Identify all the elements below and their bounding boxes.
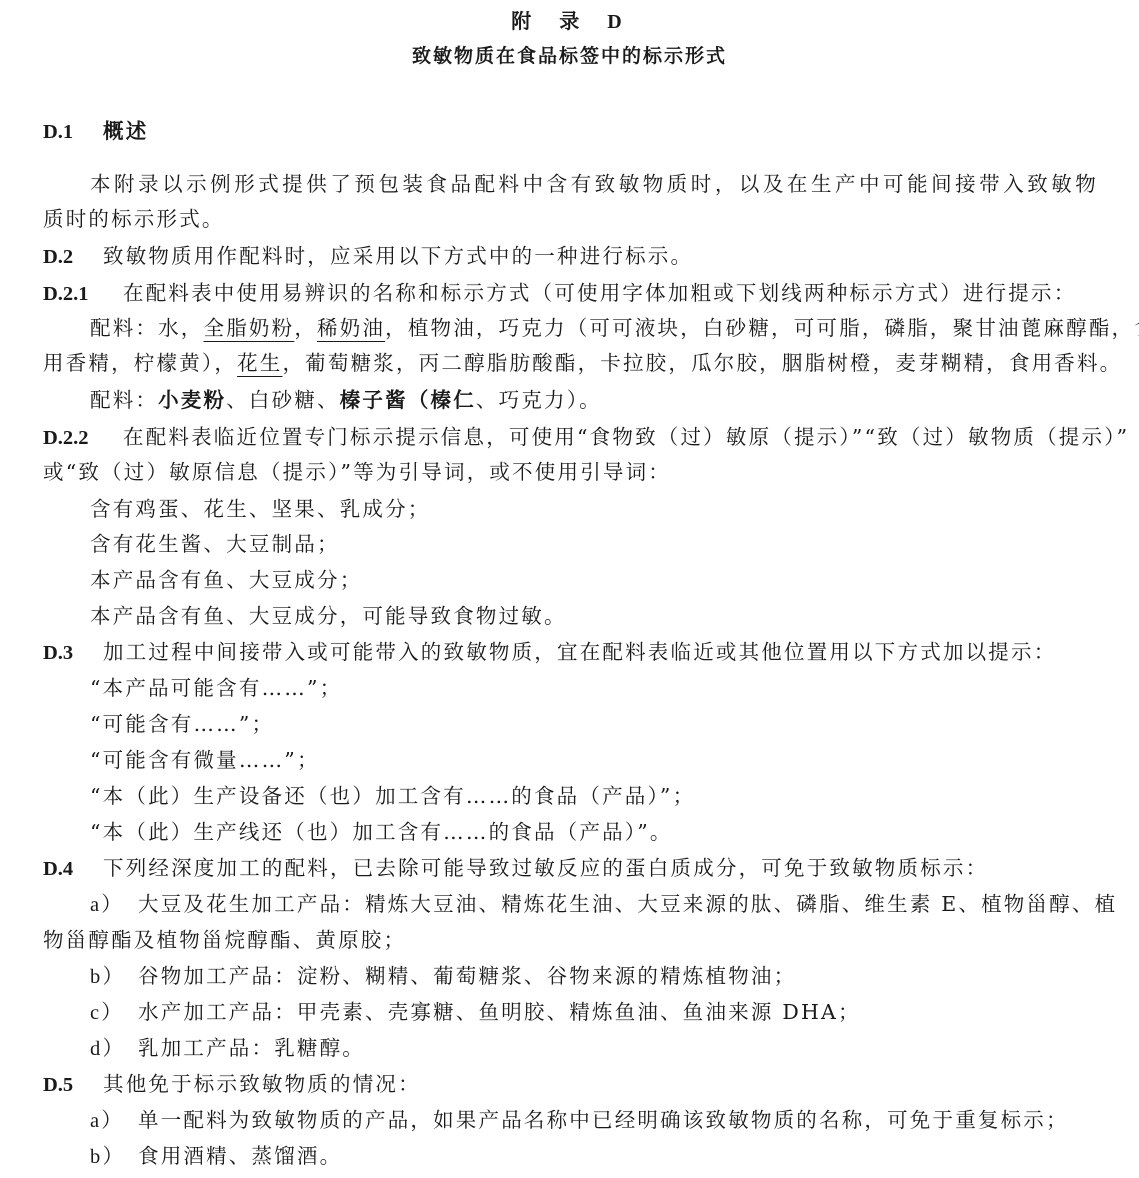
section-text: 加工过程中间接带入或可能带入的致敏物质，宜在配料表临近或其他位置用以下方式加以提… <box>103 640 1056 664</box>
text: 配料：水， <box>90 316 204 340</box>
list-label: c） <box>90 998 138 1028</box>
section-d5: D.5其他免于标示致敏物质的情况： <box>43 1069 421 1099</box>
section-number: D.2.1 <box>43 279 123 309</box>
appendix-letter: D <box>607 11 627 33</box>
d22-example: 本产品含有鱼、大豆成分； <box>90 565 362 595</box>
section-text: 下列经深度加工的配料，已去除可能导致过敏反应的蛋白质成分，可免于致敏物质标示： <box>103 856 988 880</box>
list-text: 单一配料为致敏物质的产品，如果产品名称中已经明确该致敏物质的名称，可免于重复标示… <box>138 1108 1069 1132</box>
appendix-heading: 附录D <box>0 6 1139 36</box>
d5-item-a: a）单一配料为致敏物质的产品，如果产品名称中已经明确该致敏物质的名称，可免于重复… <box>90 1105 1069 1135</box>
d4-item-a-line2: 物甾醇酯及植物甾烷醇酯、黄原胶； <box>43 925 406 955</box>
list-text: 水产加工产品：甲壳素、壳寡糖、鱼明胶、精炼鱼油、鱼油来源 DHA； <box>138 1000 861 1024</box>
appendix-label-2: 录 <box>559 9 585 33</box>
text: 用香精，柠檬黄）， <box>43 351 237 375</box>
section-number: D.1 <box>43 117 103 147</box>
bold-allergen: 榛子酱（榛仁 <box>340 388 476 412</box>
d22-example: 本产品含有鱼、大豆成分，可能导致食物过敏。 <box>90 601 567 631</box>
list-text: 食用酒精、蒸馏酒。 <box>138 1144 342 1168</box>
text: ， <box>294 316 317 340</box>
d4-item-d: d）乳加工产品：乳糖醇。 <box>90 1033 365 1063</box>
section-text: 其他免于标示致敏物质的情况： <box>103 1072 421 1096</box>
d3-example: “可能含有……”； <box>90 709 274 739</box>
section-number: D.2.2 <box>43 423 123 453</box>
d22-example: 含有花生酱、大豆制品； <box>90 529 340 559</box>
underlined-allergen: 稀奶油 <box>317 316 385 340</box>
section-title: 概述 <box>103 119 148 143</box>
text: ，葡萄糖浆，丙二醇脂肪酸酯，卡拉胶，瓜尔胶，胭脂树橙，麦芽糊精，食用香料。 <box>282 351 1122 375</box>
d4-item-c: c）水产加工产品：甲壳素、壳寡糖、鱼明胶、精炼鱼油、鱼油来源 DHA； <box>90 997 861 1027</box>
bold-allergen: 小麦粉 <box>158 388 226 412</box>
d5-item-b: b）食用酒精、蒸馏酒。 <box>90 1141 342 1171</box>
section-text: 在配料表中使用易辨识的名称和标示方式（可使用字体加粗或下划线两种标示方式）进行提… <box>123 281 1076 305</box>
list-text: 乳加工产品：乳糖醇。 <box>138 1036 365 1060</box>
list-text: 大豆及花生加工产品：精炼大豆油、精炼花生油、大豆来源的肽、磷脂、维生素 E、植物… <box>138 892 1117 916</box>
d3-example: “可能含有微量……”； <box>90 745 320 775</box>
section-d1-heading: D.1概述 <box>43 116 148 146</box>
d3-example: “本产品可能含有……”； <box>90 673 342 703</box>
section-number: D.5 <box>43 1070 103 1100</box>
section-number: D.4 <box>43 854 103 884</box>
list-label: d） <box>90 1034 138 1064</box>
section-d4: D.4下列经深度加工的配料，已去除可能导致过敏反应的蛋白质成分，可免于致敏物质标… <box>43 853 988 883</box>
text: 、巧克力）。 <box>476 388 602 412</box>
d21-example2: 配料：小麦粉、白砂糖、榛子酱（榛仁、巧克力）。 <box>90 385 602 415</box>
appendix-title: 致敏物质在食品标签中的标示形式 <box>0 41 1139 71</box>
section-d22: D.2.2在配料表临近位置专门标示提示信息，可使用“食物致（过）敏原（提示）”“… <box>43 422 1129 452</box>
list-label: a） <box>90 890 138 920</box>
section-text: 致敏物质用作配料时，应采用以下方式中的一种进行标示。 <box>103 244 693 268</box>
list-text: 谷物加工产品：淀粉、糊精、葡萄糖浆、谷物来源的精炼植物油； <box>138 964 796 988</box>
d22-example: 含有鸡蛋、花生、坚果、乳成分； <box>90 494 431 524</box>
d22-line2: 或“致（过）敏原信息（提示）”等为引导词，或不使用引导词： <box>43 457 671 487</box>
d21-example1-line1: 配料：水，全脂奶粉，稀奶油，植物油，巧克力（可可液块，白砂糖，可可脂，磷脂，聚甘… <box>90 313 1139 343</box>
d4-item-a: a）大豆及花生加工产品：精炼大豆油、精炼花生油、大豆来源的肽、磷脂、维生素 E、… <box>90 889 1117 919</box>
section-number: D.2 <box>43 242 103 272</box>
section-d21: D.2.1在配料表中使用易辨识的名称和标示方式（可使用字体加粗或下划线两种标示方… <box>43 278 1076 308</box>
d4-item-b: b）谷物加工产品：淀粉、糊精、葡萄糖浆、谷物来源的精炼植物油； <box>90 961 796 991</box>
d3-example: “本（此）生产设备还（也）加工含有……的食品（产品）”； <box>90 781 695 811</box>
section-text: 在配料表临近位置专门标示提示信息，可使用“食物致（过）敏原（提示）”“致（过）敏… <box>123 425 1129 449</box>
text: ，植物油，巧克力（可可液块，白砂糖，可可脂，磷脂，聚甘油蓖麻醇酯，食 <box>385 316 1139 340</box>
d1-paragraph-line1: 本附录以示例形式提供了预包装食品配料中含有致敏物质时，以及在生产中可能间接带入致… <box>90 169 1098 199</box>
section-d3: D.3加工过程中间接带入或可能带入的致敏物质，宜在配料表临近或其他位置用以下方式… <box>43 637 1056 667</box>
underlined-allergen: 花生 <box>237 351 282 375</box>
d3-example: “本（此）生产线还（也）加工含有……的食品（产品）”。 <box>90 817 673 847</box>
text: 配料： <box>90 388 158 412</box>
section-number: D.3 <box>43 638 103 668</box>
list-label: b） <box>90 962 138 992</box>
d21-example1-line2: 用香精，柠檬黄），花生，葡萄糖浆，丙二醇脂肪酸酯，卡拉胶，瓜尔胶，胭脂树橙，麦芽… <box>43 348 1122 378</box>
underlined-allergen: 全脂奶粉 <box>204 316 295 340</box>
list-label: b） <box>90 1142 138 1172</box>
appendix-label: 附 <box>511 9 537 33</box>
list-label: a） <box>90 1106 138 1136</box>
section-d2: D.2致敏物质用作配料时，应采用以下方式中的一种进行标示。 <box>43 241 693 271</box>
d1-paragraph-line2: 质时的标示形式。 <box>43 204 225 234</box>
text: 、白砂糖、 <box>226 388 340 412</box>
